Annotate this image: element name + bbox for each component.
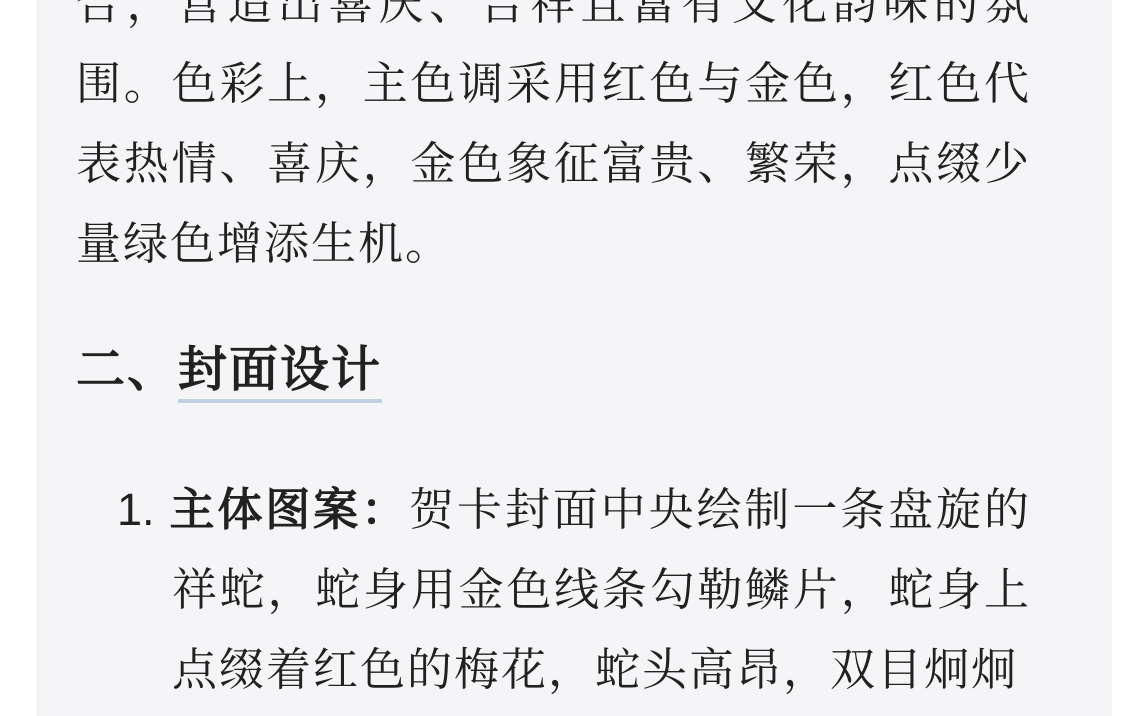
- list-item-number: 1.: [117, 484, 169, 535]
- section-heading: 二、封面设计: [76, 330, 1031, 410]
- text-column: 合，营造出喜庆、吉祥且富有文化韵味的氛围。色彩上，主色调采用红色与金色，红色代表…: [38, 0, 1112, 710]
- list-item: 1.主体图案：贺卡封面中央绘制一条盘旋的祥蛇，蛇身用金色线条勾勒鳞片，蛇身上点缀…: [76, 470, 1031, 710]
- section-heading-number: 二、: [76, 343, 178, 397]
- numbered-list: 1.主体图案：贺卡封面中央绘制一条盘旋的祥蛇，蛇身用金色线条勾勒鳞片，蛇身上点缀…: [76, 470, 1031, 710]
- list-item-label: 主体图案：: [169, 484, 409, 535]
- section-heading-title: 封面设计: [178, 343, 382, 403]
- paragraph-color-scheme: 合，营造出喜庆、吉祥且富有文化韵味的氛围。色彩上，主色调采用红色与金色，红色代表…: [76, 0, 1031, 284]
- document-page: 合，营造出喜庆、吉祥且富有文化韵味的氛围。色彩上，主色调采用红色与金色，红色代表…: [37, 0, 1112, 716]
